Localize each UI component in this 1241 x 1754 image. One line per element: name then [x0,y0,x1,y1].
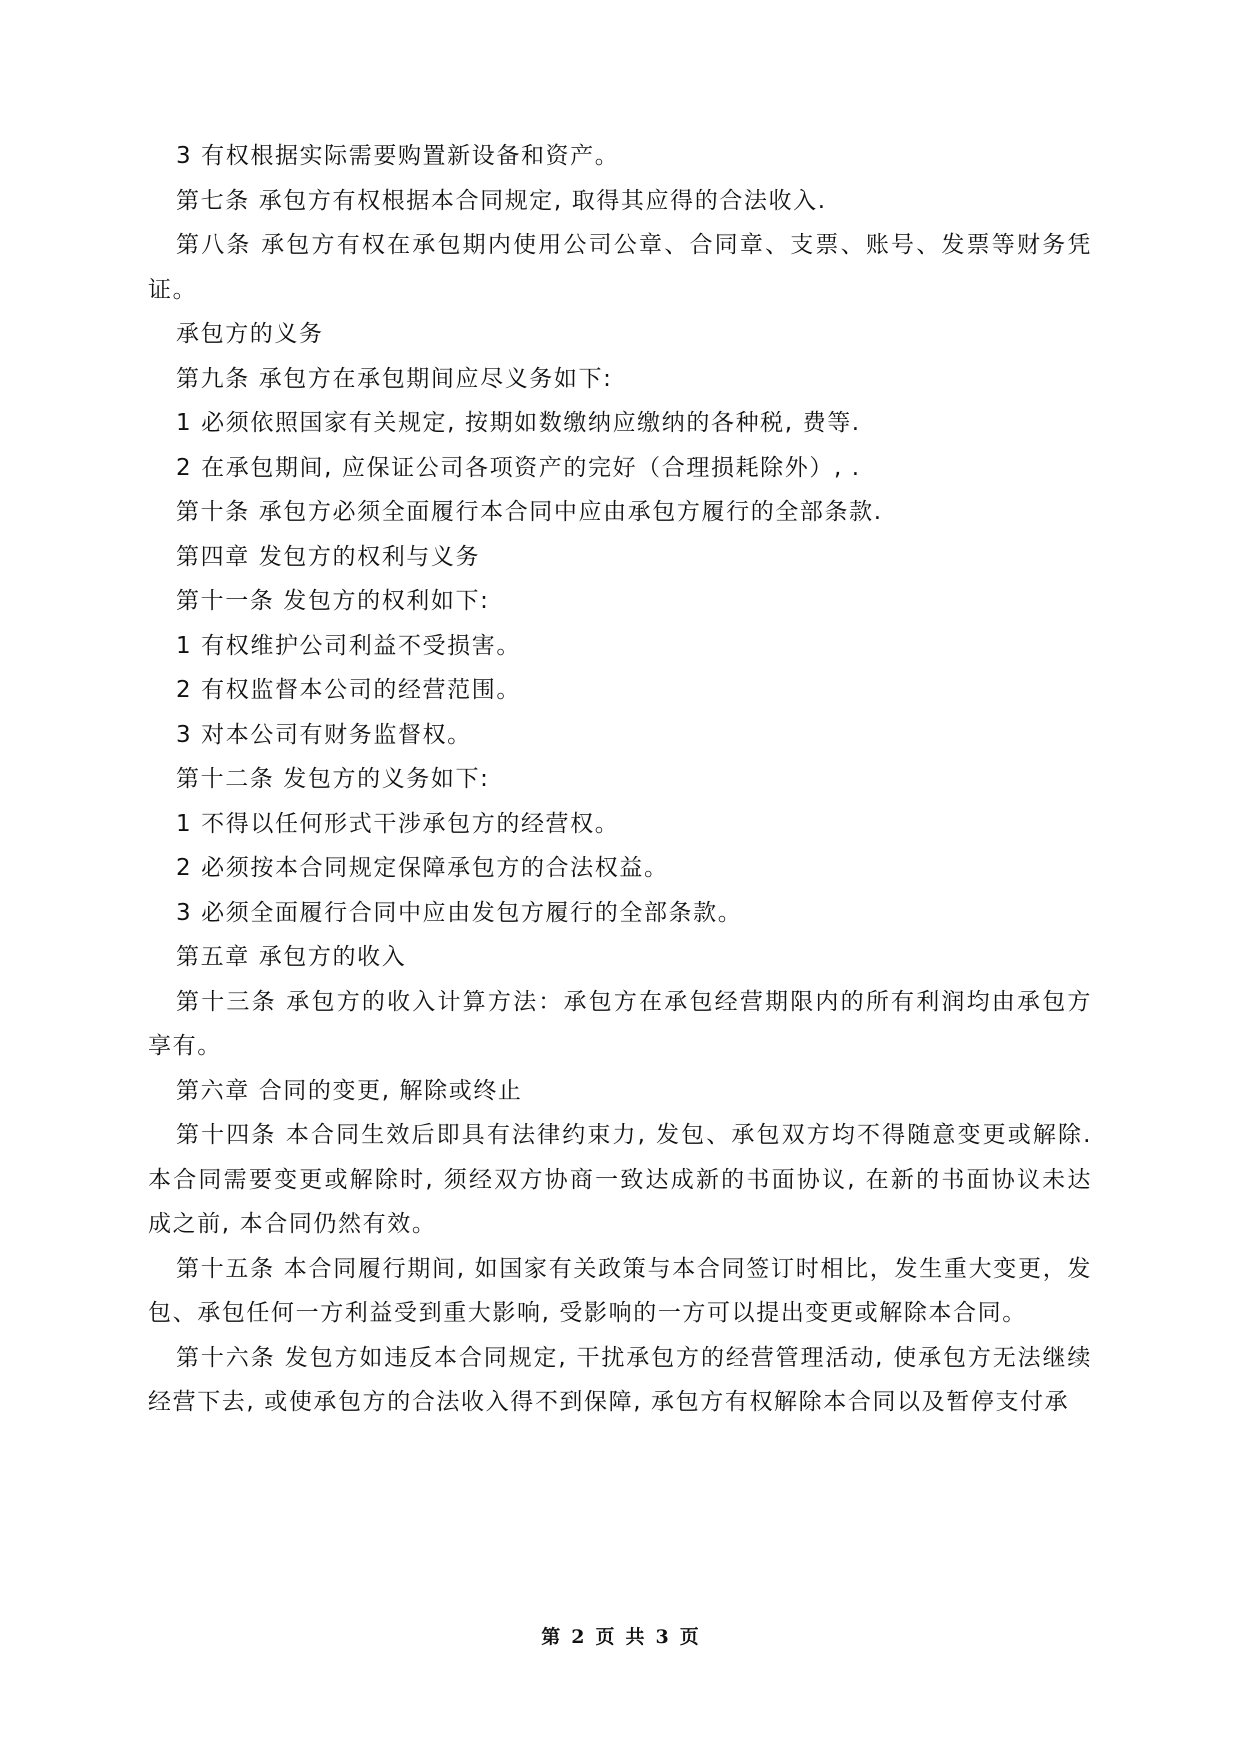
list-item: 3 对本公司有财务监督权。 [148,713,1092,758]
document-page: 3 有权根据实际需要购置新设备和资产。 第七条 承包方有权根据本合同规定, 取得… [0,0,1241,1754]
section-heading: 承包方的义务 [148,312,1092,357]
paragraph: 第七条 承包方有权根据本合同规定, 取得其应得的合法收入. [148,179,1092,224]
paragraph: 第九条 承包方在承包期间应尽义务如下: [148,357,1092,402]
chapter-heading: 第四章 发包方的权利与义务 [148,535,1092,580]
list-item: 2 有权监督本公司的经营范围。 [148,668,1092,713]
list-item: 1 必须依照国家有关规定, 按期如数缴纳应缴纳的各种税, 费等. [148,401,1092,446]
footer-total-prefix: 共 [626,1626,646,1648]
list-item: 2 在承包期间, 应保证公司各项资产的完好（合理损耗除外）, . [148,446,1092,491]
list-item: 3 必须全面履行合同中应由发包方履行的全部条款。 [148,891,1092,936]
chapter-heading: 第五章 承包方的收入 [148,935,1092,980]
current-page-number: 2 [571,1626,585,1648]
paragraph: 第十三条 承包方的收入计算方法：承包方在承包经营期限内的所有利润均由承包方享有。 [148,980,1092,1069]
footer-page-word: 页 [595,1626,615,1648]
document-body: 3 有权根据实际需要购置新设备和资产。 第七条 承包方有权根据本合同规定, 取得… [148,134,1092,1425]
chapter-heading: 第六章 合同的变更, 解除或终止 [148,1069,1092,1114]
paragraph: 第八条 承包方有权在承包期内使用公司公章、合同章、支票、账号、发票等财务凭证。 [148,223,1092,312]
page-number-footer: 第2页共3页 [0,1622,1241,1649]
paragraph: 第十五条 本合同履行期间, 如国家有关政策与本合同签订时相比，发生重大变更，发包… [148,1247,1092,1336]
list-item: 2 必须按本合同规定保障承包方的合法权益。 [148,846,1092,891]
list-item: 1 不得以任何形式干涉承包方的经营权。 [148,802,1092,847]
paragraph: 第十一条 发包方的权利如下: [148,579,1092,624]
footer-total-suffix: 页 [680,1626,700,1648]
paragraph: 第十条 承包方必须全面履行本合同中应由承包方履行的全部条款. [148,490,1092,535]
paragraph: 第十四条 本合同生效后即具有法律约束力, 发包、承包双方均不得随意变更或解除. … [148,1113,1092,1247]
paragraph: 第十六条 发包方如违反本合同规定, 干扰承包方的经营管理活动, 使承包方无法继续… [148,1336,1092,1425]
list-item: 1 有权维护公司利益不受损害。 [148,624,1092,669]
paragraph: 第十二条 发包方的义务如下: [148,757,1092,802]
total-pages-number: 3 [656,1626,670,1648]
paragraph: 3 有权根据实际需要购置新设备和资产。 [148,134,1092,179]
footer-prefix: 第 [541,1626,561,1648]
